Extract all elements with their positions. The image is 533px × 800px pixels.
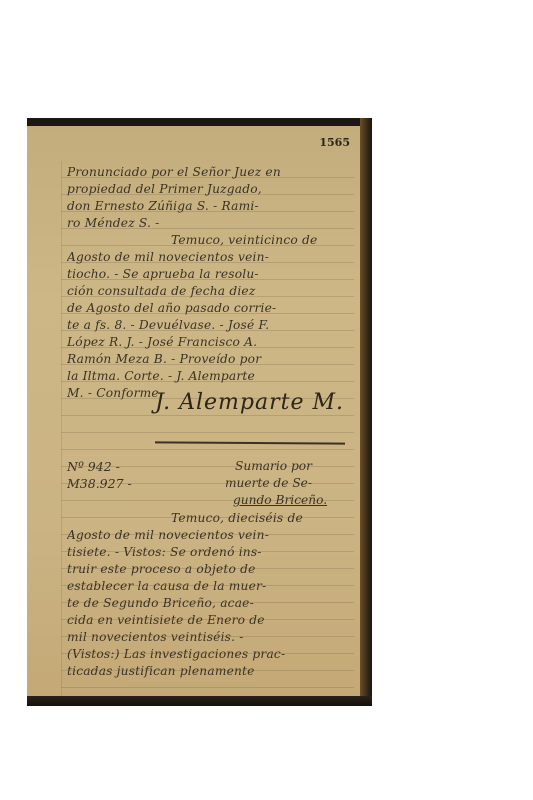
- handwritten-line: tisiete. - Vistos: Se ordenó ins-: [67, 544, 353, 561]
- handwritten-line: Agosto de mil novecientos vein-: [67, 527, 353, 544]
- handwritten-line: López R. J. - José Francisco A.: [67, 334, 353, 351]
- entry-2-title: Sumario por muerte de Se- gundo Briceño.: [217, 459, 327, 510]
- signature: J. Alemparte M.: [155, 390, 344, 415]
- entry-2-body: Temuco, dieciséis de Agosto de mil novec…: [67, 510, 353, 680]
- title-line: Sumario por: [217, 459, 327, 476]
- handwritten-line: establecer la causa de la muer-: [67, 578, 353, 595]
- handwritten-line: Temuco, veinticinco de: [67, 232, 353, 249]
- ledger-page: 1565 Pronunciado por el Señor Juez en pr…: [27, 126, 364, 699]
- case-id: M38.927 -: [67, 476, 132, 493]
- handwritten-line: te de Segundo Briceño, acae-: [67, 595, 353, 612]
- handwritten-line: don Ernesto Zúñiga S. - Rami-: [67, 198, 353, 215]
- photo-bottom-shadow: [27, 696, 372, 706]
- handwritten-line: te a fs. 8. - Devuélvase. - José F.: [67, 317, 353, 334]
- title-line: gundo Briceño.: [217, 493, 327, 510]
- entry-1-closing: Pronunciado por el Señor Juez en propied…: [67, 164, 353, 232]
- handwritten-line: mil novecientos veintiséis. -: [67, 629, 353, 646]
- handwritten-line: tiocho. - Se aprueba la resolu-: [67, 266, 353, 283]
- handwritten-line: (Vistos:) Las investigaciones prac-: [67, 646, 353, 663]
- handwritten-line: la Iltma. Corte. - J. Alemparte: [67, 368, 353, 385]
- handwritten-line: truir este proceso a objeto de: [67, 561, 353, 578]
- handwritten-line: Ramón Meza B. - Proveído por: [67, 351, 353, 368]
- handwritten-line: propiedad del Primer Juzgado,: [67, 181, 353, 198]
- document-photo: 1565 Pronunciado por el Señor Juez en pr…: [27, 118, 372, 706]
- entry-1-resolution: Temuco, veinticinco de Agosto de mil nov…: [67, 232, 353, 402]
- entry-2-margin-ids: Nº 942 - M38.927 -: [67, 459, 132, 493]
- handwritten-line: ticadas justifican plenamente: [67, 663, 353, 680]
- handwritten-line: Temuco, dieciséis de: [67, 510, 353, 527]
- handwritten-line: ción consultada de fecha diez: [67, 283, 353, 300]
- handwritten-line: de Agosto del año pasado corrie-: [67, 300, 353, 317]
- handwritten-line: Agosto de mil novecientos vein-: [67, 249, 353, 266]
- title-line: muerte de Se-: [217, 476, 327, 493]
- handwritten-line: ro Méndez S. -: [67, 215, 353, 232]
- book-binding-edge: [360, 118, 372, 706]
- handwritten-line: cida en veintisiete de Enero de: [67, 612, 353, 629]
- entry-number: Nº 942 -: [67, 459, 132, 476]
- folio-number: 1565: [319, 136, 350, 149]
- handwritten-line: Pronunciado por el Señor Juez en: [67, 164, 353, 181]
